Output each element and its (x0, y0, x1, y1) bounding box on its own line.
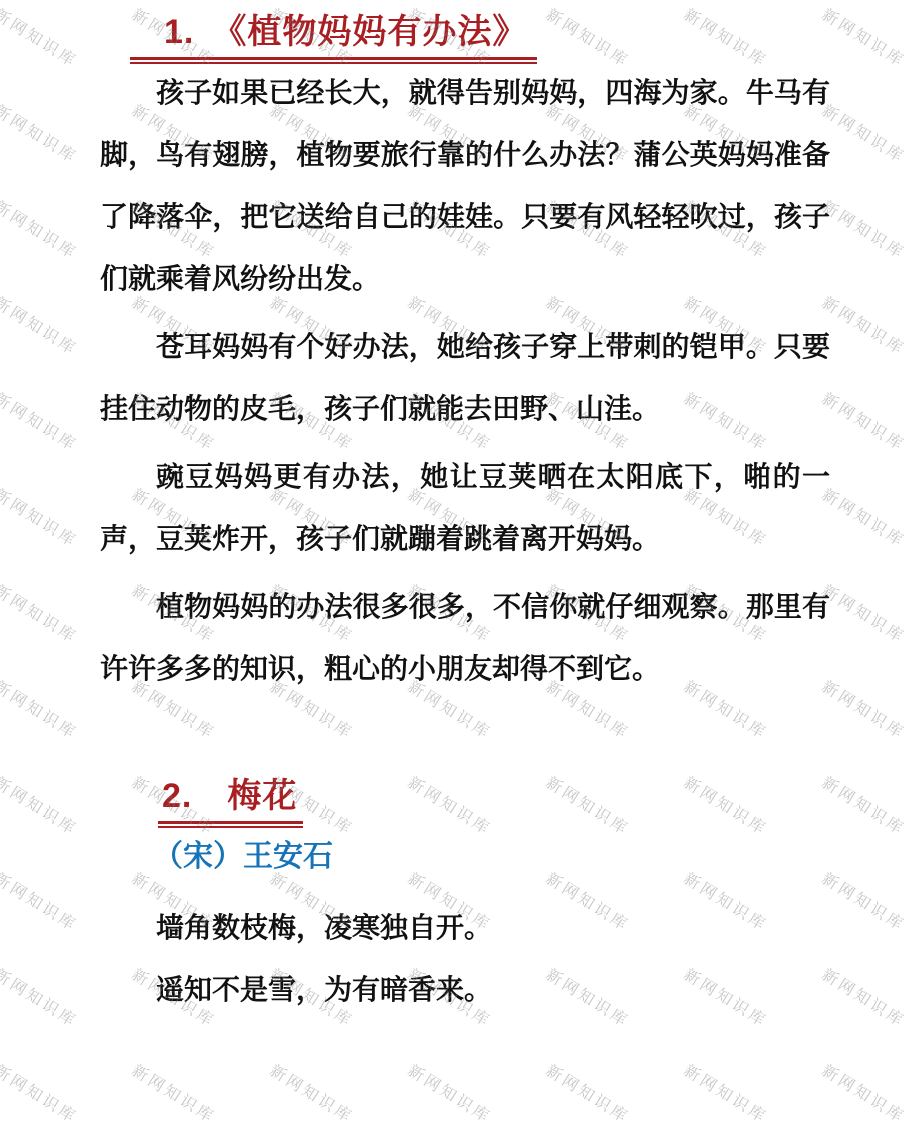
section-1-title-underline: 1. 《植物妈妈有办法》 (130, 4, 537, 64)
section-1-title-text: 1. 《植物妈妈有办法》 (130, 4, 537, 60)
section-1-title: 1. 《植物妈妈有办法》 (130, 4, 537, 64)
section-2-title: 2. 梅花 (158, 768, 303, 828)
paragraph: 豌豆妈妈更有办法，她让豆荚晒在太阳底下，啪的一声，豆荚炸开，孩子们就蹦着跳着离开… (100, 446, 830, 570)
document-content: 1. 《植物妈妈有办法》 孩子如果已经长大，就得告别妈妈，四海为家。牛马有脚，鸟… (0, 0, 920, 1122)
section-1-paragraphs: 孩子如果已经长大，就得告别妈妈，四海为家。牛马有脚，鸟有翅膀，植物要旅行靠的什么… (100, 62, 830, 706)
poem-line: 墙角数枝梅，凌寒独自开。 (156, 897, 492, 959)
section-2-title-text: 2. 梅花 (158, 768, 303, 824)
poem-lines: 墙角数枝梅，凌寒独自开。 遥知不是雪，为有暗香来。 (156, 897, 492, 1021)
paragraph: 植物妈妈的办法很多很多，不信你就仔细观察。那里有许许多多的知识，粗心的小朋友却得… (100, 576, 830, 700)
document-page: 1. 《植物妈妈有办法》 孩子如果已经长大，就得告别妈妈，四海为家。牛马有脚，鸟… (0, 0, 920, 1122)
section-2-title-underline: 2. 梅花 (158, 768, 303, 828)
paragraph: 苍耳妈妈有个好办法，她给孩子穿上带刺的铠甲。只要挂住动物的皮毛，孩子们就能去田野… (100, 316, 830, 440)
poem-author: （宋）王安石 (153, 840, 333, 874)
poem-line: 遥知不是雪，为有暗香来。 (156, 959, 492, 1021)
paragraph: 孩子如果已经长大，就得告别妈妈，四海为家。牛马有脚，鸟有翅膀，植物要旅行靠的什么… (100, 62, 830, 310)
